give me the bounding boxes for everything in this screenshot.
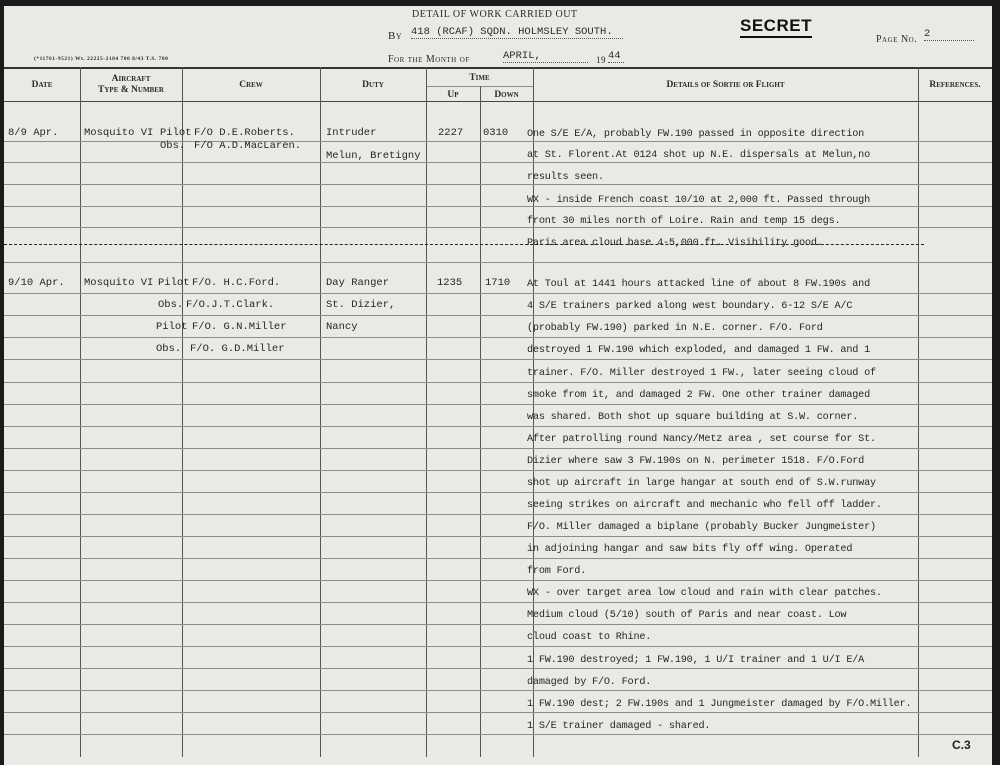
detail-line: 4 S/E trainers parked along west boundar… [527,301,852,312]
col-divider-date [80,67,81,757]
ruled-line [4,262,992,263]
page-label: Page No. [876,34,917,45]
crew-name: F/O A.D.MacLaren. [194,140,301,152]
ruled-line [4,184,992,185]
ruled-line [4,734,992,735]
header-aircraft: Aircraft Type & Number [80,74,182,96]
col-divider-crew [320,67,321,757]
entry-aircraft: Mosquito VI [84,127,153,139]
classification-secret: SECRET [740,16,812,38]
ruled-line [4,470,992,471]
detail-line: At Toul at 1441 hours attacked line of a… [527,279,870,290]
detail-line: smoke from it, and damaged 2 FW. One oth… [527,390,870,401]
ruled-line [4,404,992,405]
entry-duty: Intruder [326,127,376,139]
detail-line: from Ford. [527,566,586,577]
detail-line: 1 S/E trainer damaged - shared. [527,721,710,732]
crew-role: Obs. [158,299,183,311]
detail-line: cloud coast to Rhine. [527,632,651,643]
detail-line: Dizier where saw 3 FW.190s on N. perimet… [527,456,864,467]
ruled-line [4,315,992,316]
detail-line: damaged by F/O. Ford. [527,677,651,688]
ruled-line [4,382,992,383]
header-references: References. [918,80,992,91]
detail-line: WX - inside French coast 10/10 at 2,000 … [527,195,870,206]
time-up: 2227 [438,127,463,139]
header-details: Details of Sortie or Flight [533,80,918,91]
crew-role: Obs. [156,343,181,355]
ruled-line [4,293,992,294]
ruled-line [4,337,992,338]
detail-line: 1 FW.190 dest; 2 FW.190s and 1 Jungmeist… [527,699,911,710]
ruled-line [4,668,992,669]
detail-line: trainer. F/O. Miller destroyed 1 FW., la… [527,368,876,379]
print-code: (*11761-9521) Wt. 22225-2184 700 8/43 T.… [34,56,168,62]
detail-line: After patrolling round Nancy/Metz area ,… [527,434,876,445]
ruled-line [4,359,992,360]
crew-name: F/O. G.N.Miller [192,321,287,333]
entry-duty-location: St. Dizier, [326,299,395,311]
ruled-line [4,448,992,449]
crew-role: Pilot [158,277,190,289]
operations-record-sheet [4,6,992,765]
form-title: DETAIL OF WORK CARRIED OUT [412,9,578,20]
detail-line: results seen. [527,172,604,183]
month-value: APRIL, [503,50,588,63]
col-divider-time [480,86,481,757]
crew-role: Pilot [156,321,188,333]
entry-duty-location: Melun, Bretigny [326,150,421,162]
time-up: 1235 [437,277,462,289]
time-down: 1710 [485,277,510,289]
entry-date: 8/9 Apr. [8,127,58,139]
detail-line: Paris area cloud base 4-5,000 ft. Visibi… [527,238,823,249]
detail-line: front 30 miles north of Loire. Rain and … [527,216,840,227]
header-time: Time [426,73,533,84]
detail-line: shot up aircraft in large hangar at sout… [527,478,876,489]
ruled-line [4,426,992,427]
entry-date: 9/10 Apr. [8,277,65,289]
detail-line: One S/E E/A, probably FW.190 passed in o… [527,129,864,140]
ruled-line [4,602,992,603]
header-aircraft-line2: Type & Number [80,85,182,96]
page-number: 2 [924,28,974,41]
detail-line: in adjoining hangar and saw bits fly off… [527,544,852,555]
ruled-line [4,492,992,493]
corner-stamp: C.3 [952,738,971,752]
detail-line: (probably FW.190) parked in N.E. corner.… [527,323,823,334]
detail-line: was shared. Both shot up square building… [527,412,858,423]
ruled-line [4,558,992,559]
header-up: Up [426,90,480,101]
header-bottom-border [4,101,992,102]
by-label: By [388,30,402,42]
ruled-line [4,646,992,647]
ruled-line [4,141,992,142]
entry-aircraft: Mosquito VI [84,277,153,289]
detail-line: 1 FW.190 destroyed; 1 FW.190, 1 U/I trai… [527,655,864,666]
year-value: 44 [608,50,624,63]
ruled-line [4,712,992,713]
header-aircraft-line1: Aircraft [80,74,182,85]
ruled-line [4,580,992,581]
squadron-name: 418 (RCAF) SQDN. HOLMSLEY SOUTH. [411,26,623,39]
ruled-line [4,206,992,207]
detail-line: seeing strikes on aircraft and mechanic … [527,500,882,511]
col-divider-duty [426,67,427,757]
crew-role: Obs. [160,140,185,152]
detail-line: WX - over target area low cloud and rain… [527,588,882,599]
crew-name: F/O. H.C.Ford. [192,277,280,289]
year-prefix: 19 [596,55,606,65]
ruled-line [4,514,992,515]
col-divider-details [918,67,919,757]
col-divider-aircraft [182,67,183,757]
header-duty: Duty [320,80,426,91]
month-label: For the Month of [388,54,470,65]
detail-line: destroyed 1 FW.190 which exploded, and d… [527,345,870,356]
crew-name: F/O D.E.Roberts. [194,127,295,139]
detail-line: Medium cloud (5/10) south of Paris and n… [527,610,846,621]
table-top-border [4,67,992,69]
ruled-line [4,536,992,537]
ruled-line [4,690,992,691]
header-date: Date [4,80,80,91]
entry-duty: Day Ranger [326,277,389,289]
ruled-line [4,624,992,625]
ruled-line [4,162,992,163]
entry-duty-location: Nancy [326,321,358,333]
header-down: Down [480,90,533,101]
crew-role: Pilot [160,127,192,139]
crew-name: F/O. G.D.Miller [190,343,285,355]
crew-name: F/O.J.T.Clark. [186,299,274,311]
time-down: 0310 [483,127,508,139]
ruled-line [4,227,992,228]
header-crew: Crew [182,80,320,91]
detail-line: at St. Florent.At 0124 shot up N.E. disp… [527,150,870,161]
detail-line: F/O. Miller damaged a biplane (probably … [527,522,876,533]
